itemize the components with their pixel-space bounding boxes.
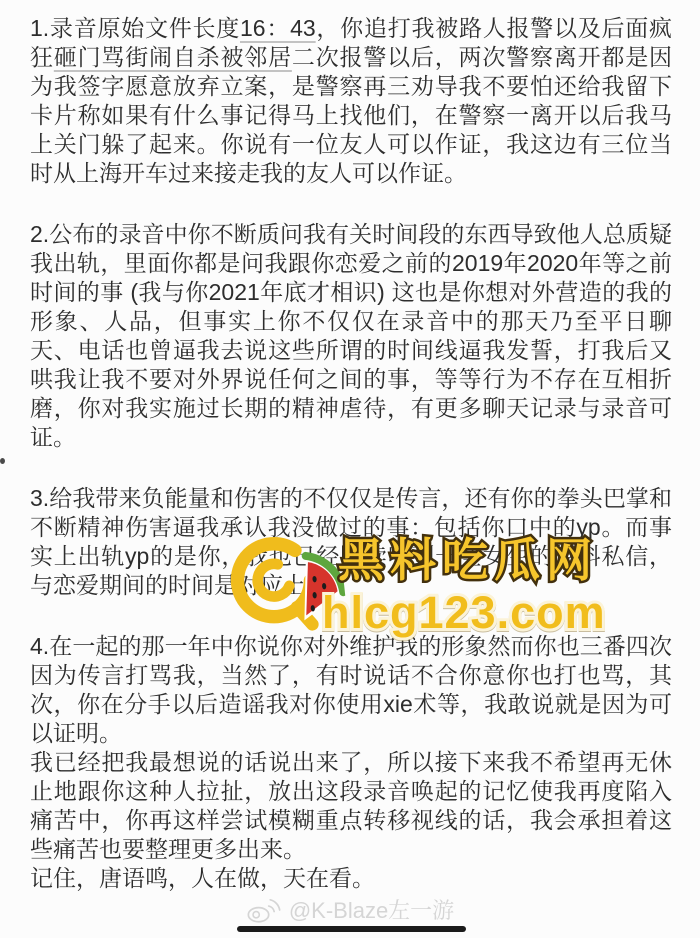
paragraph-5: 我已经把我最想说的话说出来了，所以接下来我不希望再无休止地跟你这种人拉扯，放出这… [30,748,672,864]
weibo-credit: @K-Blaze左一游 [0,894,700,925]
weibo-icon [246,896,282,924]
paragraph-group-final: 4.在一起的那一年中你说你对外维护我的形象然而你也三番四次因为传言打骂我，当然了… [30,632,672,893]
watermark-site-url: hlcg123.com [320,586,620,642]
weibo-handle: @K-Blaze左一游 [289,894,454,925]
watermark-site-name: 黑料吃瓜网 [336,528,656,592]
edge-artifact-dot [0,458,5,464]
paragraph-4: 4.在一起的那一年中你说你对外维护我的形象然而你也三番四次因为传言打骂我，当然了… [30,632,672,748]
site-url-text: hlcg123.com [322,587,606,638]
site-name-text: 黑料吃瓜网 [338,534,598,586]
statement-text: 1.录音原始文件长度16：43，你追打我被路人报警以及后面疯狂砸门骂街闹自杀被邻… [0,0,700,893]
underlined-text-segment: 16：43 [240,15,316,41]
redaction-bar [237,926,466,932]
closing-line: 记住，唐语鸣，人在做，天在看。 [30,864,672,893]
screenshot-page: 1.录音原始文件长度16：43，你追打我被路人报警以及后面疯狂砸门骂街闹自杀被邻… [0,0,700,938]
paragraph-2: 2.公布的录音中你不断质问我有关时间段的东西导致他人总质疑我出轨，里面你都是问我… [30,220,672,452]
underlined-text-segment: 砸门骂街闹自杀被邻居 [54,44,292,70]
paragraph-1: 1.录音原始文件长度16：43，你追打我被路人报警以及后面疯狂砸门骂街闹自杀被邻… [30,14,672,188]
text-segment: 1.录音原始文件长度 [30,15,240,41]
